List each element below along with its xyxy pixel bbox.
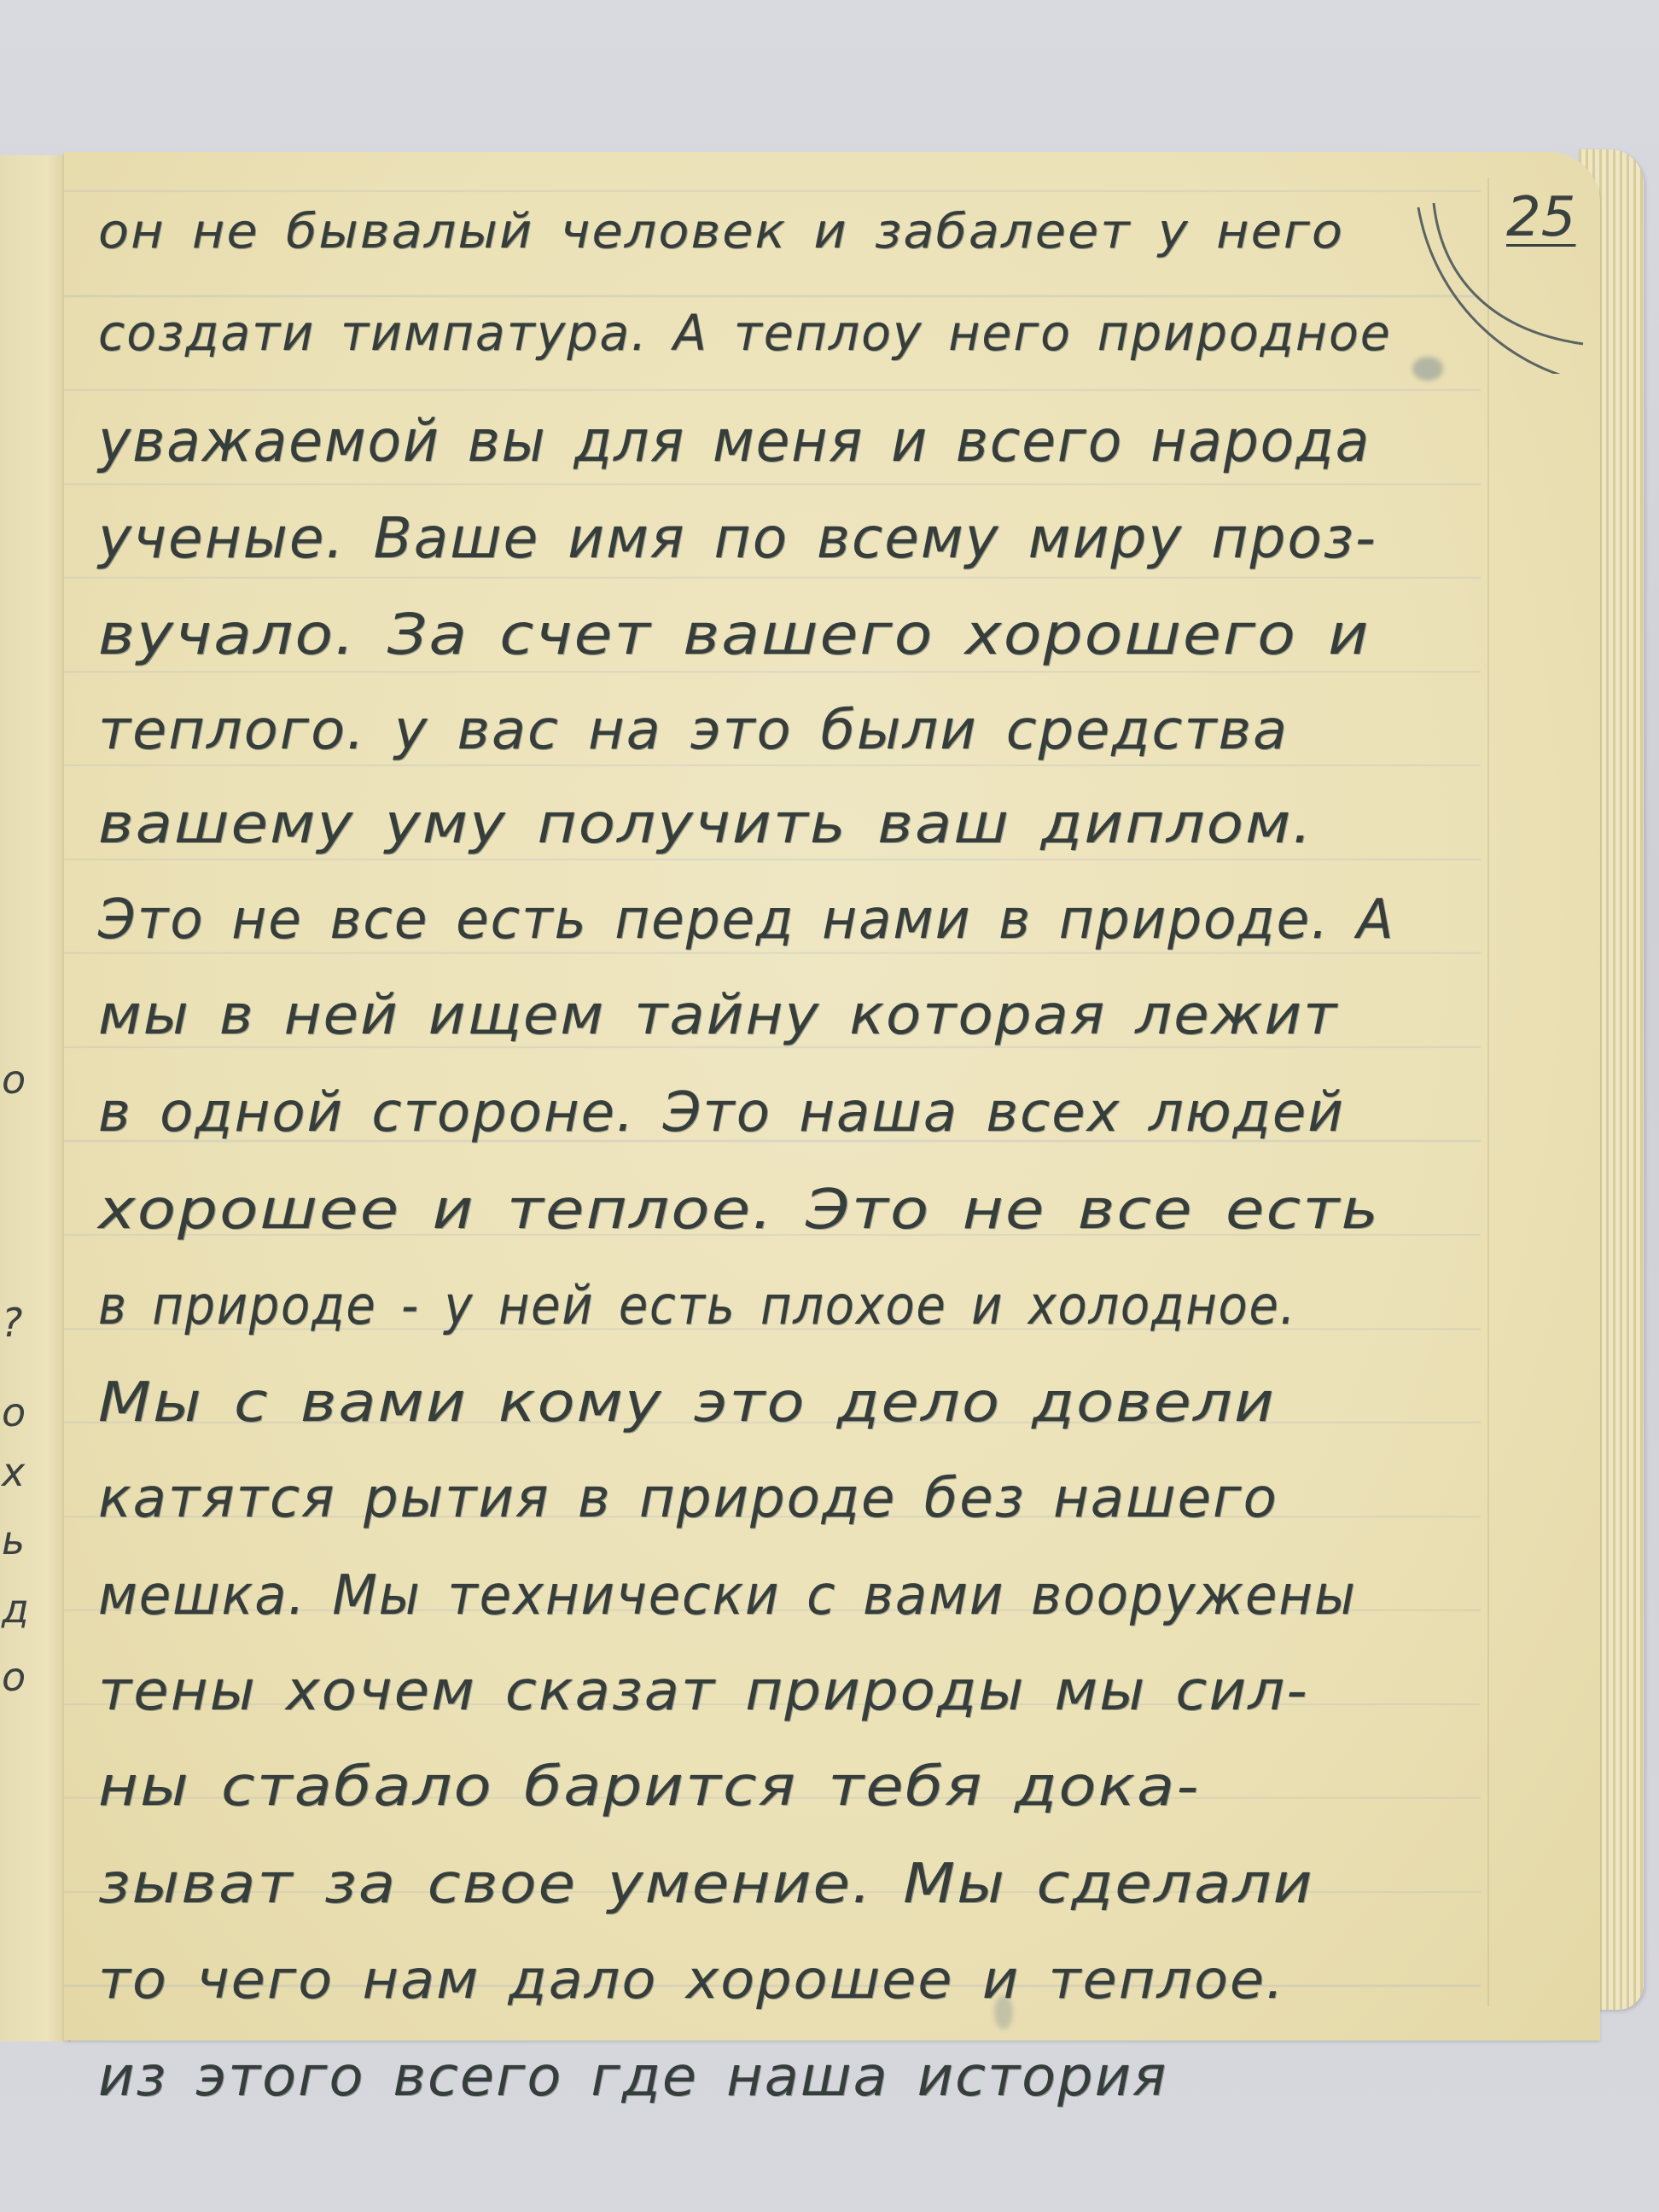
left-fragment: д <box>2 1589 29 1628</box>
text-line: ны стабало барится тебя дока- <box>98 1741 1659 1833</box>
text-line: хорошее и теплое. Это не все есть <box>98 1164 1659 1256</box>
left-fragment: х <box>2 1452 25 1492</box>
text-line: мы в ней ищем тайну которая лежит <box>98 969 1639 1062</box>
text-line: Мы с вами кому это дело довели <box>98 1357 1659 1449</box>
text-line: зыват за свое умение. Мы сделали <box>98 1838 1659 1930</box>
left-fragment: о <box>2 1657 26 1697</box>
left-fragment: о <box>2 1060 26 1099</box>
text-line: он не бывалый человек и забалеет у него <box>98 186 1639 278</box>
text-line: в одной стороне. Это наша всех людей <box>98 1067 1566 1159</box>
text-line: то чего нам дало хорошее и теплое. <box>98 1934 1639 2026</box>
text-line: вашему уму получить ваш диплом. <box>98 778 1659 870</box>
handwritten-text: он не бывалый человек и забалеет у него … <box>98 169 1566 2012</box>
notebook-page: 25 он не бывалый человек и забалеет у не… <box>64 152 1600 2040</box>
left-fragment: о <box>2 1393 26 1432</box>
text-line: вучало. За счет вашего хорошего и <box>98 589 1659 681</box>
text-line: из этого всего где наша история <box>98 2031 1595 2123</box>
text-line: создати тимпатура. А теплоу него природн… <box>98 287 1537 379</box>
text-line: ученые. Ваше имя по всему миру проз- <box>98 492 1566 585</box>
text-line: катятся рытия в природе без нашего <box>98 1452 1566 1545</box>
text-line: тены хочем сказат природы мы сил- <box>98 1645 1639 1738</box>
left-fragment: ? <box>2 1303 22 1342</box>
left-fragment: ь <box>2 1521 25 1560</box>
text-line: Это не все есть перед нами в природе. А <box>98 874 1537 966</box>
left-page-fragments: о ? о х ь д о <box>0 155 68 2041</box>
text-line: в природе - у ней есть плохое и холодное… <box>98 1260 1419 1352</box>
text-line: мешка. Мы технически с вами вооружены <box>98 1550 1493 1642</box>
left-page-edge: о ? о х ь д о <box>0 155 71 2041</box>
text-line: теплого. у вас на это были средства <box>98 684 1595 777</box>
text-line: уважаемой вы для меня и всего народа <box>98 396 1493 488</box>
